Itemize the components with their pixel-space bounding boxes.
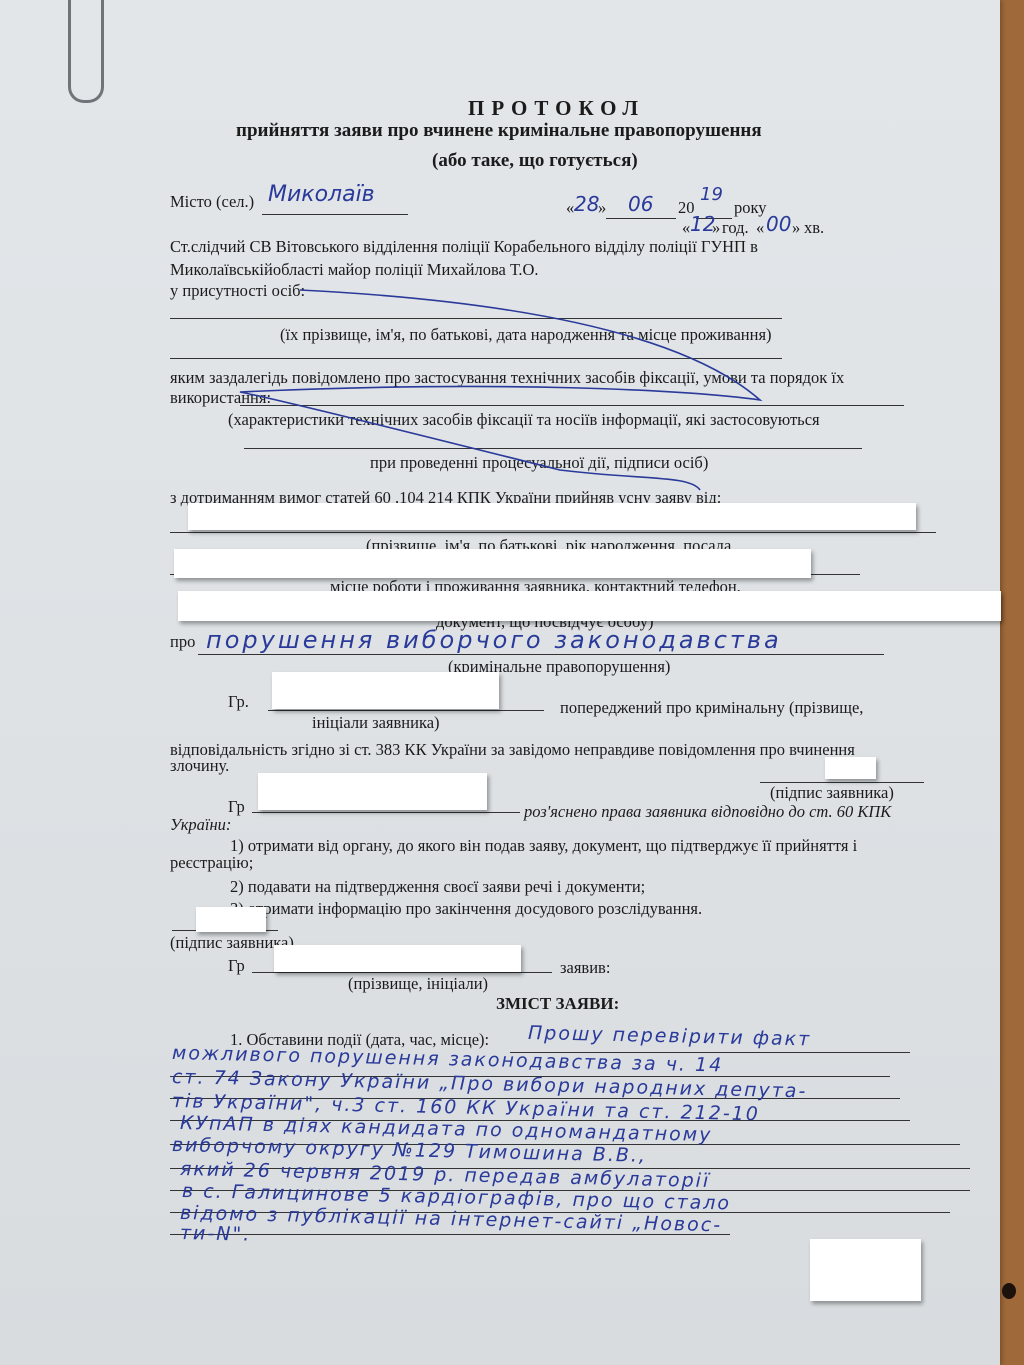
initials-caption: ініціали заявника) [312,713,440,733]
rights-text: роз'яснено права заявника відповідно до … [524,802,891,822]
declared-caption: (прізвище, ініціали) [348,974,488,994]
rights-item-1b: реєстрацію; [170,853,253,873]
warning-text: попереджений про кримінальну (прізвище, [560,698,932,718]
content-heading: ЗМІСТ ЗАЯВИ: [496,994,619,1014]
about-label: про [170,632,195,652]
about-value: порушення виборчого законодавства [206,626,782,654]
redacted-applicant-document [178,591,1001,621]
document-page: ПРОТОКОЛ прийняття заяви про вчинене кри… [0,0,1000,1365]
rights-line-2: України: [170,815,231,835]
warning-line-2: відповідальність згідно зі ст. 383 КК Ук… [170,740,855,760]
redacted-warning-name [272,672,499,709]
redacted-applicant-workplace [174,549,811,578]
warning-line-3: злочину. [170,756,229,776]
rights-item-3: 3) отримати інформацію про закінчення до… [230,899,702,919]
redacted-applicant-name [188,503,916,530]
handwritten-line: ти-N". [180,1222,252,1246]
declared-text: заявив: [560,958,610,978]
table-stain [1002,1283,1016,1299]
redacted-rights-name [258,773,487,810]
rights-item-1: 1) отримати від органу, до якого він под… [230,836,857,856]
signature-caption: (підпис заявника) [770,783,894,803]
redacted-signature [825,757,876,779]
redacted-declarant-name [274,945,521,972]
redacted-final-signature [810,1239,921,1301]
declared-gr-label: Гр [228,956,245,976]
redacted-rights-signature [196,907,266,932]
warning-gr-label: Гр. [228,692,249,712]
rights-item-2: 2) подавати на підтвердження своєї заяви… [230,877,645,897]
rights-gr-label: Гр [228,797,245,817]
